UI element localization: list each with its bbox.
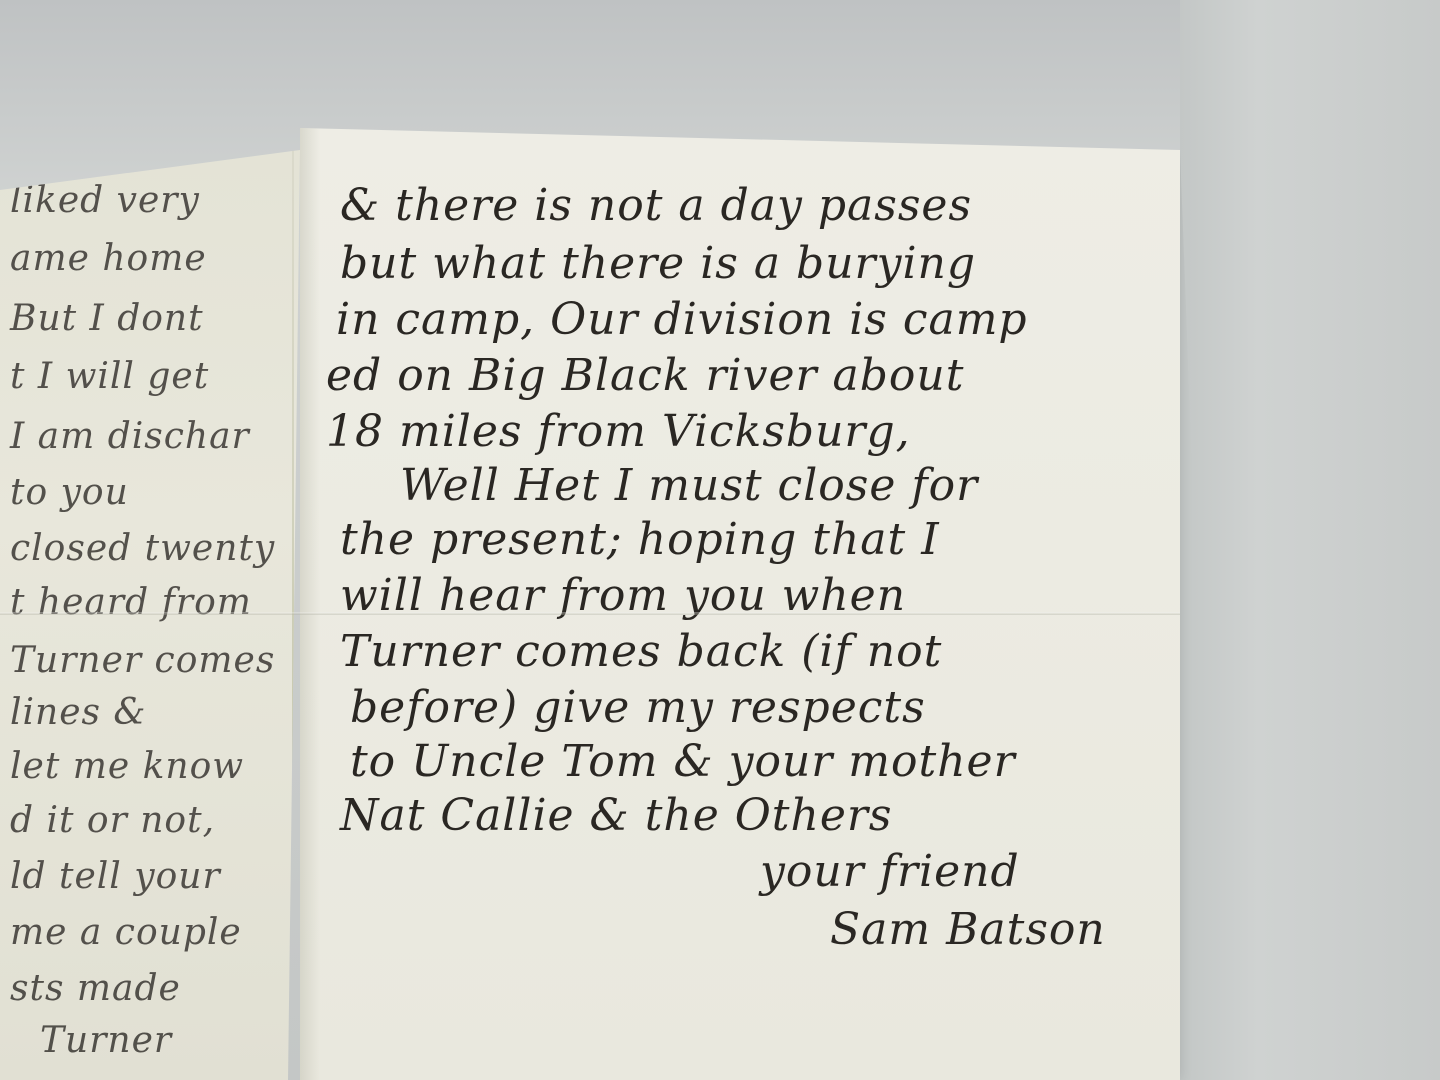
letter-line: before) give my respects	[350, 682, 926, 733]
left-line: Turner	[40, 1020, 172, 1061]
left-line: I am dischar	[10, 416, 250, 457]
letter-page: & there is not a day passes but what the…	[300, 128, 1180, 1080]
left-line: But I dont	[10, 298, 204, 339]
left-line: closed twenty	[10, 528, 275, 569]
background-surface	[1180, 0, 1440, 1080]
letter-line: the present; hoping that I	[340, 514, 940, 565]
left-line: ld tell your	[10, 856, 221, 897]
left-line: ame home	[10, 238, 207, 279]
left-page-fragment: liked very ame home But I dont t I will …	[0, 150, 300, 1080]
letter-line: to Uncle Tom & your mother	[350, 736, 1016, 787]
left-line: liked very	[10, 180, 200, 221]
signature: Sam Batson	[830, 904, 1106, 955]
left-line: sts made	[10, 968, 181, 1009]
letter-line: ed on Big Black river about	[326, 350, 964, 401]
left-line: to you	[10, 472, 129, 513]
letter-line: in camp, Our division is camp	[336, 294, 1028, 345]
letter-line: & there is not a day passes	[340, 180, 972, 231]
letter-line: Well Het I must close for	[400, 460, 978, 511]
closing: your friend	[760, 846, 1020, 897]
letter-line: Turner comes back (if not	[340, 626, 942, 677]
left-line: let me know	[10, 746, 244, 787]
left-line: lines &	[10, 692, 146, 733]
paper-fold-line	[0, 612, 1180, 615]
letter-line: Nat Callie & the Others	[340, 790, 892, 841]
left-line: me a couple	[10, 912, 242, 953]
letter-line: 18 miles from Vicksburg,	[326, 406, 911, 457]
left-line: t I will get	[10, 356, 209, 397]
left-line: Turner comes	[10, 640, 275, 681]
letter-line: but what there is a burying	[340, 238, 976, 289]
left-line: t heard from	[10, 582, 252, 623]
left-line: d it or not,	[10, 800, 215, 841]
